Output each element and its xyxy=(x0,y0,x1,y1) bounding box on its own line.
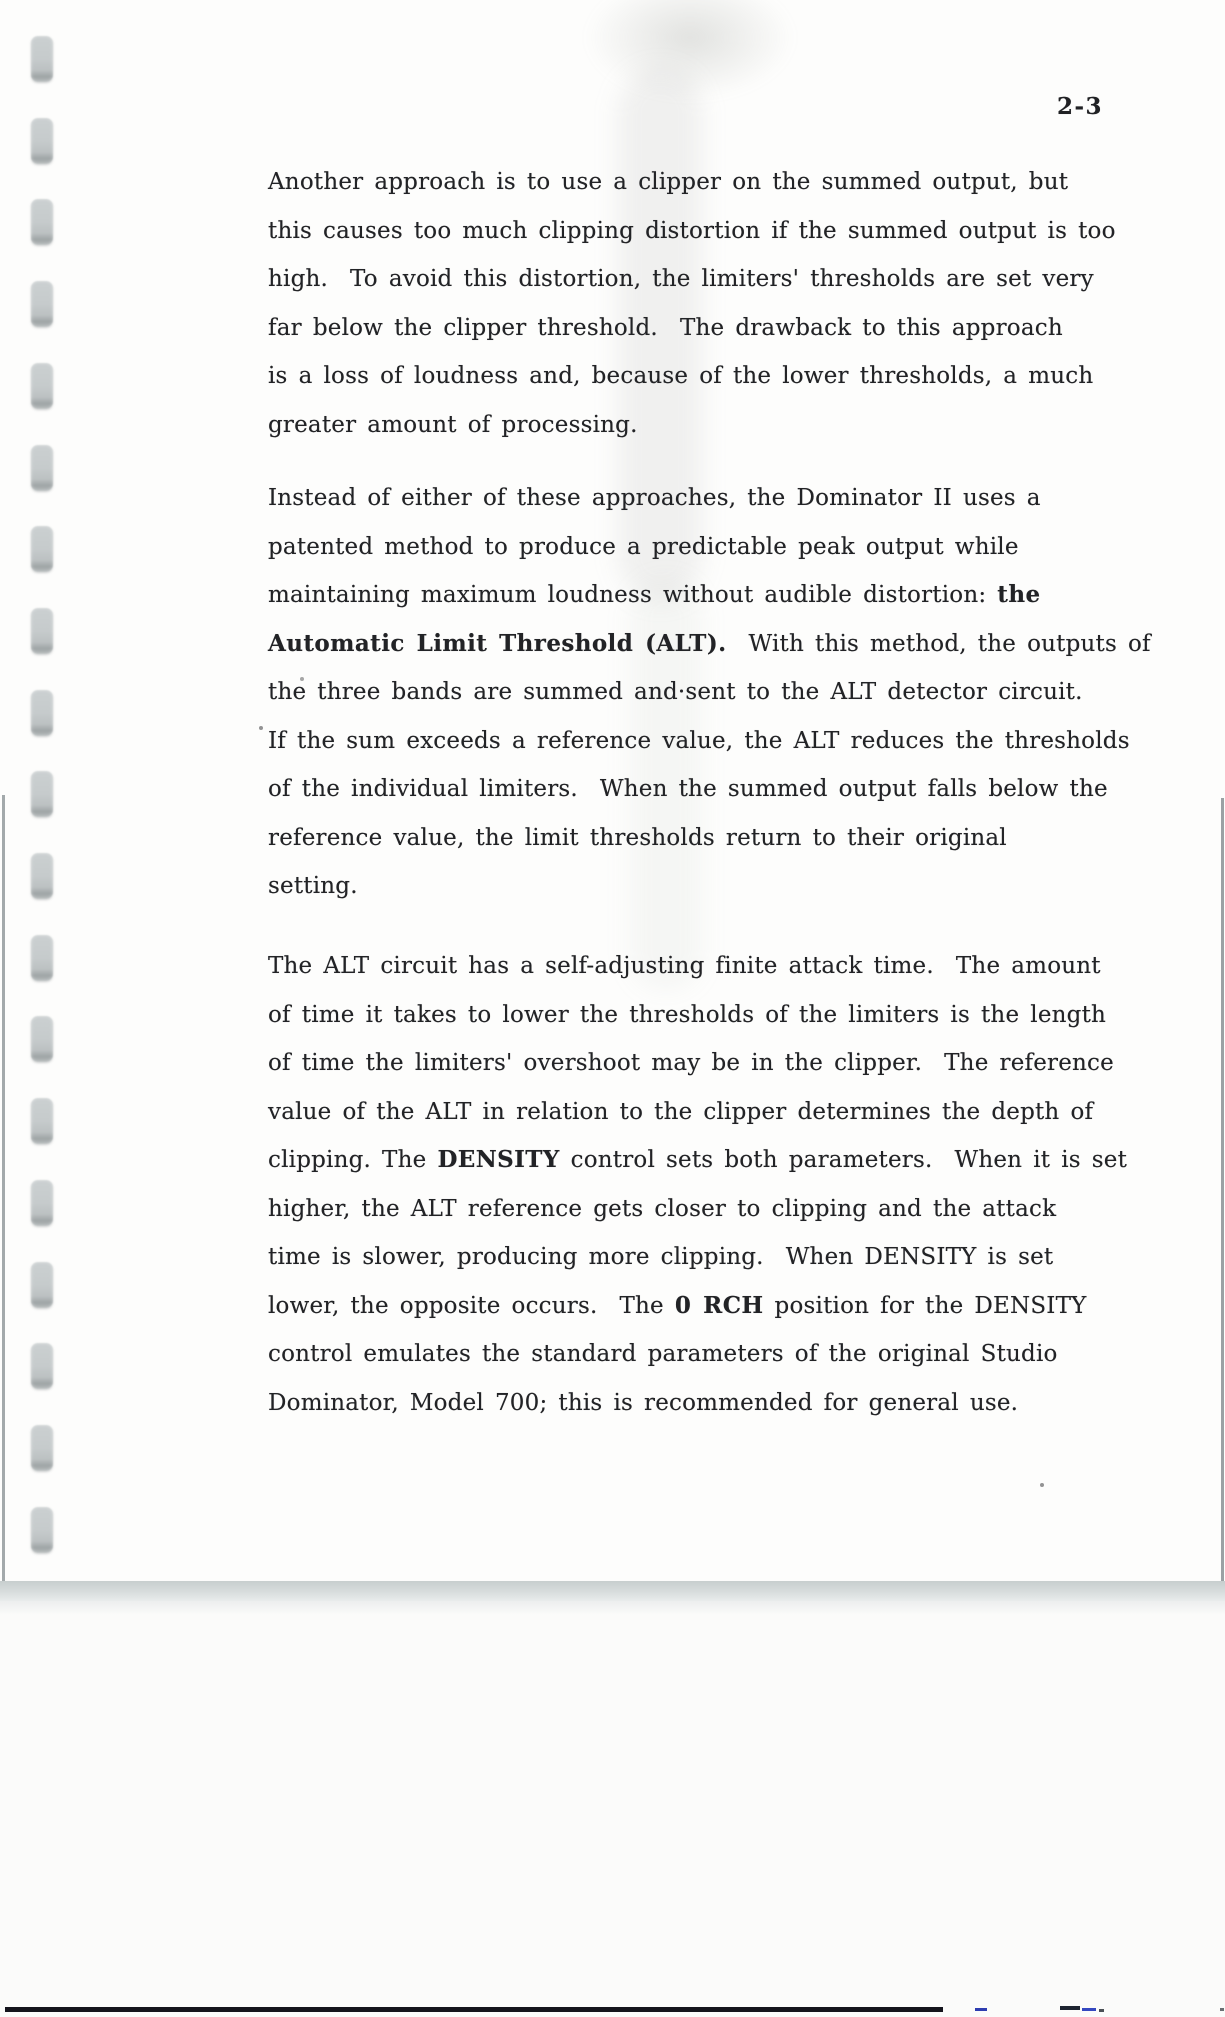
binding-hole xyxy=(31,363,53,409)
text-segment: Dominator, Model 700; this is recommende… xyxy=(268,1390,1018,1416)
text-segment: the three bands are summed and·sent to t… xyxy=(268,679,1083,705)
text-segment: With this method, the outputs of xyxy=(727,631,1151,657)
text-segment: of the individual limiters. When the sum… xyxy=(268,776,1108,802)
text-segment: setting. xyxy=(268,873,358,899)
scan-speck xyxy=(300,677,304,681)
text-segment: is a loss of loudness and, because of th… xyxy=(268,363,1093,389)
text-line: value of the ALT in relation to the clip… xyxy=(268,1088,1208,1137)
binding-hole xyxy=(31,1180,53,1226)
binding-hole xyxy=(31,853,53,899)
scan-speck xyxy=(1040,1483,1044,1487)
text-line: of the individual limiters. When the sum… xyxy=(268,765,1208,814)
scan-artifact xyxy=(1082,2008,1096,2011)
text-segment: lower, the opposite occurs. The xyxy=(268,1293,675,1319)
scan-gutter-band xyxy=(0,1581,1225,1601)
text-line: Instead of either of these approaches, t… xyxy=(268,474,1208,523)
text-line: this causes too much clipping distortion… xyxy=(268,207,1208,256)
binding-hole xyxy=(31,36,53,82)
text-segment: high. To avoid this distortion, the limi… xyxy=(268,266,1094,292)
bold-text-segment: DENSITY xyxy=(437,1146,559,1173)
text-segment: The ALT circuit has a self-adjusting fin… xyxy=(268,953,1101,979)
text-line: is a loss of loudness and, because of th… xyxy=(268,352,1208,401)
text-segment: of time the limiters' overshoot may be i… xyxy=(268,1050,1114,1076)
text-segment: If the sum exceeds a reference value, th… xyxy=(268,728,1130,754)
paragraph: Instead of either of these approaches, t… xyxy=(268,474,1208,911)
scan-artifact xyxy=(1220,2008,1224,2011)
text-line: maintaining maximum loudness without aud… xyxy=(268,571,1208,620)
text-line: clipping. The DENSITY control sets both … xyxy=(268,1136,1208,1185)
binding-hole xyxy=(31,608,53,654)
binding-hole xyxy=(31,1262,53,1308)
text-line: Dominator, Model 700; this is recommende… xyxy=(268,1379,1208,1428)
binding-hole xyxy=(31,445,53,491)
page-edge-line-left xyxy=(2,795,5,1581)
text-line: reference value, the limit thresholds re… xyxy=(268,814,1208,863)
text-line: of time it takes to lower the thresholds… xyxy=(268,991,1208,1040)
text-segment: Instead of either of these approaches, t… xyxy=(268,485,1041,511)
scan-artifact xyxy=(1099,2009,1104,2012)
text-segment: higher, the ALT reference gets closer to… xyxy=(268,1196,1056,1222)
binding-hole xyxy=(31,526,53,572)
text-line: lower, the opposite occurs. The 0 RCH po… xyxy=(268,1282,1208,1331)
bold-text-segment: the xyxy=(997,581,1040,608)
text-segment: control emulates the standard parameters… xyxy=(268,1341,1058,1367)
text-segment: greater amount of processing. xyxy=(268,412,638,438)
scan-speck xyxy=(259,726,263,730)
text-line: of time the limiters' overshoot may be i… xyxy=(268,1039,1208,1088)
text-segment: maintaining maximum loudness without aud… xyxy=(268,582,997,608)
text-line: high. To avoid this distortion, the limi… xyxy=(268,255,1208,304)
text-segment: control sets both parameters. When it is… xyxy=(560,1147,1127,1173)
binding-hole xyxy=(31,281,53,327)
text-line: Another approach is to use a clipper on … xyxy=(268,158,1208,207)
page-edge-line-right xyxy=(1221,798,1224,1581)
text-line: Automatic Limit Threshold (ALT). With th… xyxy=(268,620,1208,669)
text-segment: reference value, the limit thresholds re… xyxy=(268,825,1007,851)
text-line: far below the clipper threshold. The dra… xyxy=(268,304,1208,353)
scan-bottom-line xyxy=(5,2007,943,2012)
text-segment: time is slower, producing more clipping.… xyxy=(268,1244,1053,1270)
scan-artifact xyxy=(1060,2006,1080,2010)
binding-hole xyxy=(31,1425,53,1471)
text-segment: of time it takes to lower the thresholds… xyxy=(268,1002,1106,1028)
text-line: patented method to produce a predictable… xyxy=(268,523,1208,572)
page-number: 2-3 xyxy=(1057,93,1103,120)
binding-hole xyxy=(31,935,53,981)
binding-hole xyxy=(31,1507,53,1553)
paragraph: The ALT circuit has a self-adjusting fin… xyxy=(268,942,1208,1427)
text-segment: Another approach is to use a clipper on … xyxy=(268,169,1068,195)
binding-hole xyxy=(31,118,53,164)
text-line: If the sum exceeds a reference value, th… xyxy=(268,717,1208,766)
text-line: greater amount of processing. xyxy=(268,401,1208,450)
paragraph: Another approach is to use a clipper on … xyxy=(268,158,1208,449)
binding-hole xyxy=(31,690,53,736)
scan-gutter-fade xyxy=(0,1601,1225,1615)
binding-hole xyxy=(31,1098,53,1144)
binding-hole xyxy=(31,771,53,817)
text-segment: far below the clipper threshold. The dra… xyxy=(268,315,1063,341)
text-line: setting. xyxy=(268,862,1208,911)
text-line: The ALT circuit has a self-adjusting fin… xyxy=(268,942,1208,991)
bold-text-segment: 0 RCH xyxy=(675,1292,764,1319)
bold-text-segment: Automatic Limit Threshold (ALT). xyxy=(268,630,727,657)
text-segment: position for the DENSITY xyxy=(764,1293,1087,1319)
binding-hole xyxy=(31,199,53,245)
text-line: time is slower, producing more clipping.… xyxy=(268,1233,1208,1282)
scan-artifact xyxy=(975,2008,987,2011)
text-segment: clipping. The xyxy=(268,1147,437,1173)
text-segment: this causes too much clipping distortion… xyxy=(268,218,1116,244)
text-segment: value of the ALT in relation to the clip… xyxy=(268,1099,1093,1125)
text-line: the three bands are summed and·sent to t… xyxy=(268,668,1208,717)
binding-hole xyxy=(31,1016,53,1062)
text-line: control emulates the standard parameters… xyxy=(268,1330,1208,1379)
text-line: higher, the ALT reference gets closer to… xyxy=(268,1185,1208,1234)
scanned-manual-page: 2-3 Another approach is to use a clipper… xyxy=(0,0,1225,2017)
text-segment: patented method to produce a predictable… xyxy=(268,534,1019,560)
binding-hole xyxy=(31,1343,53,1389)
